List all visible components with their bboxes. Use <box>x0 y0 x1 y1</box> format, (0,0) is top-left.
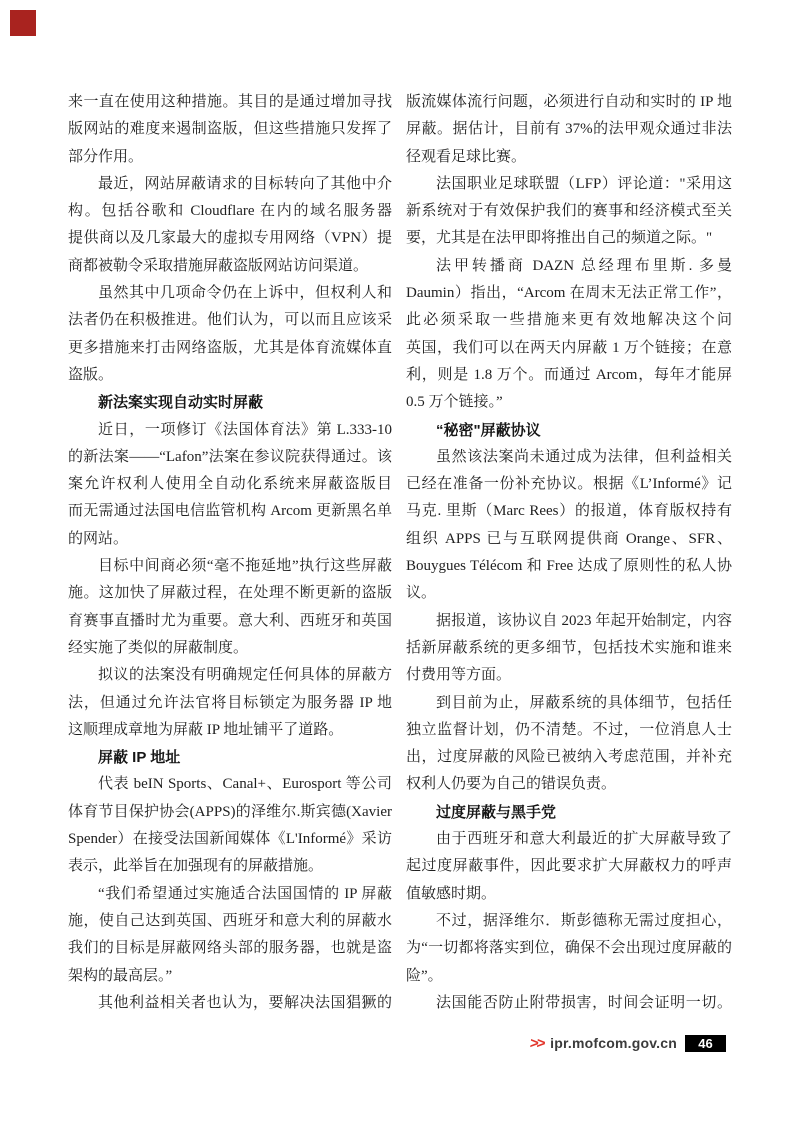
text-line: 更多措施来打击网络盗版，尤其是体育流媒体直播 <box>68 335 392 362</box>
text-line: 法者仍在积极推进。他们认为，可以而且应该采取 <box>68 307 392 334</box>
text-line: 代表 beIN Sports、Canal+、Eurosport 等公司的 <box>68 771 392 798</box>
text-line: 经实施了类似的屏蔽制度。 <box>68 635 392 662</box>
section-heading: 新法案实现自动实时屏蔽 <box>68 389 392 416</box>
text-line: 起过度屏蔽事件，因此要求扩大屏蔽权力的呼声正 <box>406 853 732 880</box>
text-line: 要，尤其是在法甲即将推出自己的频道之际。" <box>406 225 732 252</box>
text-line: 部分作用。 <box>68 144 392 171</box>
footer-site-url: ipr.mofcom.gov.cn <box>550 1035 677 1051</box>
text-line: 权利人仍要为自己的错误负责。 <box>406 771 732 798</box>
column-left: 来一直在使用这种措施。其目的是通过增加寻找盗版网站的难度来遏制盗版，但这些措施只… <box>68 89 392 1017</box>
text-line: 我们的目标是屏蔽网络头部的服务器，也就是盗版 <box>68 935 392 962</box>
text-line: 虽然该法案尚未通过成为法律，但利益相关者 <box>406 444 732 471</box>
section-heading: 过度屏蔽与黑手党 <box>406 799 732 826</box>
section-heading: 屏蔽 IP 地址 <box>68 744 392 771</box>
text-line: 新系统对于有效保护我们的赛事和经济模式至关重 <box>406 198 732 225</box>
text-line: 不过，据泽维尔．斯彭德称无需过度担心，因 <box>406 908 732 935</box>
text-line: 版流媒体流行问题，必须进行自动和实时的 IP 地址 <box>406 89 732 116</box>
text-line: 虽然其中几项命令仍在上诉中，但权利人和立 <box>68 280 392 307</box>
text-line: 拟议的法案没有明确规定任何具体的屏蔽方 <box>68 662 392 689</box>
text-line: 的新法案——“Lafon”法案在参议院获得通过。该法 <box>68 444 392 471</box>
text-line: 英国，我们可以在两天内屏蔽 1 万个链接；在意大 <box>406 335 732 362</box>
text-line: 此必须采取一些措施来更有效地解决这个问题。“在 <box>406 307 732 334</box>
text-line: 其他利益相关者也认为，要解决法国猖獗的盗 <box>68 990 392 1017</box>
text-line: Spender）在接受法国新闻媒体《L'Informé》采访时 <box>68 826 392 853</box>
text-line: 而无需通过法国电信监管机构 Arcom 更新黑名单上 <box>68 498 392 525</box>
text-line: 独立监督计划，仍不清楚。不过，一位消息人士指 <box>406 717 732 744</box>
text-line: 马克. 里斯（Marc Rees）的报道，体育版权持有人 <box>406 498 732 525</box>
column-right: 版流媒体流行问题，必须进行自动和实时的 IP 地址屏蔽。据估计，目前有 37%的… <box>406 89 732 1017</box>
text-line: 提供商以及几家最大的虚拟专用网络（VPN）提供 <box>68 225 392 252</box>
text-line: 目标中间商必须“毫不拖延地”执行这些屏蔽措 <box>68 553 392 580</box>
text-line: 这顺理成章地为屏蔽 IP 地址铺平了道路。 <box>68 717 392 744</box>
page-number-badge: 46 <box>685 1035 726 1052</box>
text-line: 法，但通过允许法官将目标锁定为服务器 IP 地址， <box>68 690 392 717</box>
text-line: 体育节目保护协会(APPS)的泽维尔.斯宾德(Xavier <box>68 799 392 826</box>
text-line: 最近，网站屏蔽请求的目标转向了其他中介机 <box>68 171 392 198</box>
text-line: 来一直在使用这种措施。其目的是通过增加寻找盗 <box>68 89 392 116</box>
text-line: 施，使自己达到英国、西班牙和意大利的屏蔽水平。 <box>68 908 392 935</box>
text-line: 付费用等方面。 <box>406 662 732 689</box>
text-line: 利，则是 1.8 万个。而通过 Arcom，每年才能屏蔽 <box>406 362 732 389</box>
text-line: 出，过度屏蔽的风险已被纳入考虑范围，并补充称， <box>406 744 732 771</box>
text-line: 法国能否防止附带损害，时间会证明一切。但 <box>406 990 732 1017</box>
page-footer: >> ipr.mofcom.gov.cn 46 <box>530 1034 726 1052</box>
text-line: Daumin）指出，“Arcom 在周末无法正常工作”，因 <box>406 280 732 307</box>
text-line: Bouygues Télécom 和 Free 达成了原则性的私人协 <box>406 553 732 580</box>
text-line: 由于西班牙和意大利最近的扩大屏蔽导致了几 <box>406 826 732 853</box>
text-line: 版网站的难度来遏制盗版，但这些措施只发挥了一 <box>68 116 392 143</box>
text-line: “我们希望通过实施适合法国国情的 IP 屏蔽措 <box>68 881 392 908</box>
text-line: 育赛事直播时尤为重要。意大利、西班牙和英国已 <box>68 608 392 635</box>
text-line: 组织 APPS 已与互联网提供商 Orange、SFR、 <box>406 526 732 553</box>
text-line: 案允许权利人使用全自动化系统来屏蔽盗版目标， <box>68 471 392 498</box>
double-chevron-icon: >> <box>529 1035 544 1052</box>
red-corner-marker <box>10 10 36 36</box>
text-line: 近日，一项修订《法国体育法》第 L.333-10 条 <box>68 417 392 444</box>
text-line: 议。 <box>406 580 732 607</box>
article-body: 来一直在使用这种措施。其目的是通过增加寻找盗版网站的难度来遏制盗版，但这些措施只… <box>68 89 732 1017</box>
text-line: 表示，此举旨在加强现有的屏蔽措施。 <box>68 853 392 880</box>
text-line: 盗版。 <box>68 362 392 389</box>
text-line: 商都被勒令采取措施屏蔽盗版网站访问渠道。 <box>68 253 392 280</box>
text-line: 法甲转播商 DAZN 总经理布里斯. 多曼（Brice <box>406 253 732 280</box>
text-line: 据报道，该协议自 2023 年起开始制定，内容包 <box>406 608 732 635</box>
text-line: 险”。 <box>406 963 732 990</box>
text-line: 值敏感时期。 <box>406 881 732 908</box>
text-line: 0.5 万个链接。” <box>406 389 732 416</box>
text-line: 施。这加快了屏蔽过程，在处理不断更新的盗版体 <box>68 580 392 607</box>
text-line: 架构的最高层。” <box>68 963 392 990</box>
section-heading: “秘密"屏蔽协议 <box>406 417 732 444</box>
text-line: 已经在准备一份补充协议。根据《L’Informé》记者 <box>406 471 732 498</box>
text-line: 法国职业足球联盟（LFP）评论道："采用这一 <box>406 171 732 198</box>
text-line: 括新屏蔽系统的更多细节，包括技术实施和谁来支 <box>406 635 732 662</box>
text-line: 构。包括谷歌和 Cloudflare 在内的域名服务器(DNS) <box>68 198 392 225</box>
text-line: 径观看足球比赛。 <box>406 144 732 171</box>
text-line: 的网站。 <box>68 526 392 553</box>
text-line: 到目前为止，屏蔽系统的具体细节，包括任何 <box>406 690 732 717</box>
text-line: 为“一切都将落实到位，确保不会出现过度屏蔽的风 <box>406 935 732 962</box>
text-line: 屏蔽。据估计，目前有 37%的法甲观众通过非法途 <box>406 116 732 143</box>
